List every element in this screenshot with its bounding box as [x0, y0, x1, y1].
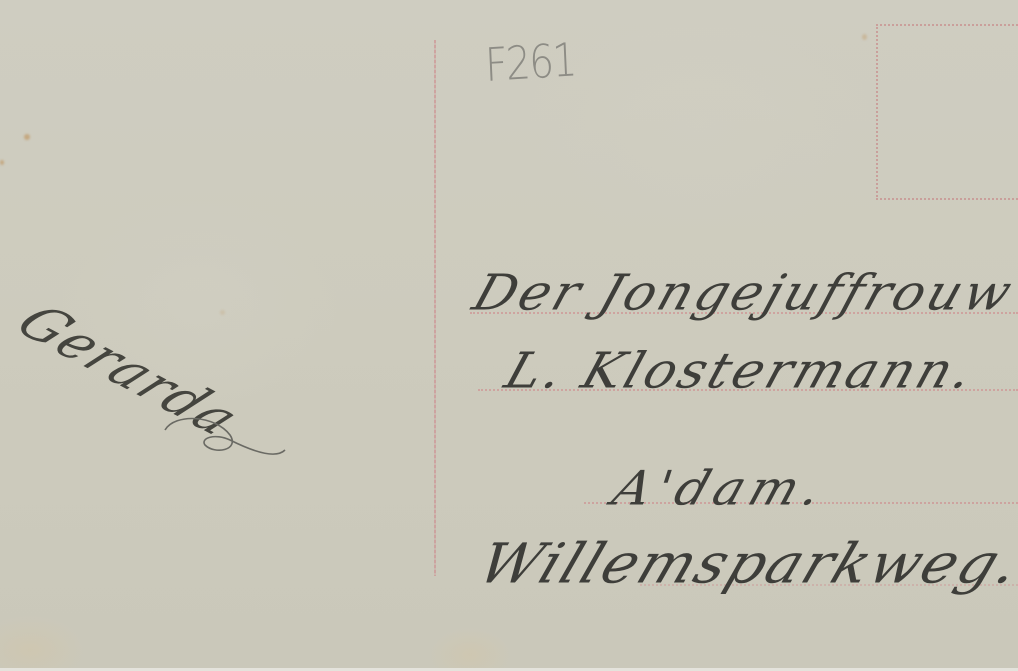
foxing-spot	[0, 160, 4, 165]
foxing-spot	[220, 310, 225, 315]
postcard-back: F261 Gerarda Der Jongejuffrouw L. Kloste…	[0, 0, 1018, 671]
address-city: A'dam.	[606, 461, 835, 516]
address-street: Willemsparkweg. 18	[470, 531, 1018, 596]
center-divider-line	[434, 40, 436, 576]
foxing-spot	[24, 134, 30, 140]
addressee-name: L. Klostermann.	[498, 343, 983, 400]
stamp-box	[876, 24, 1018, 200]
signature-flourish-icon	[155, 405, 295, 465]
addressee-title: Der Jongejuffrouw	[466, 265, 1018, 322]
foxing-spot	[862, 34, 867, 40]
archive-reference-number: F261	[484, 32, 577, 91]
